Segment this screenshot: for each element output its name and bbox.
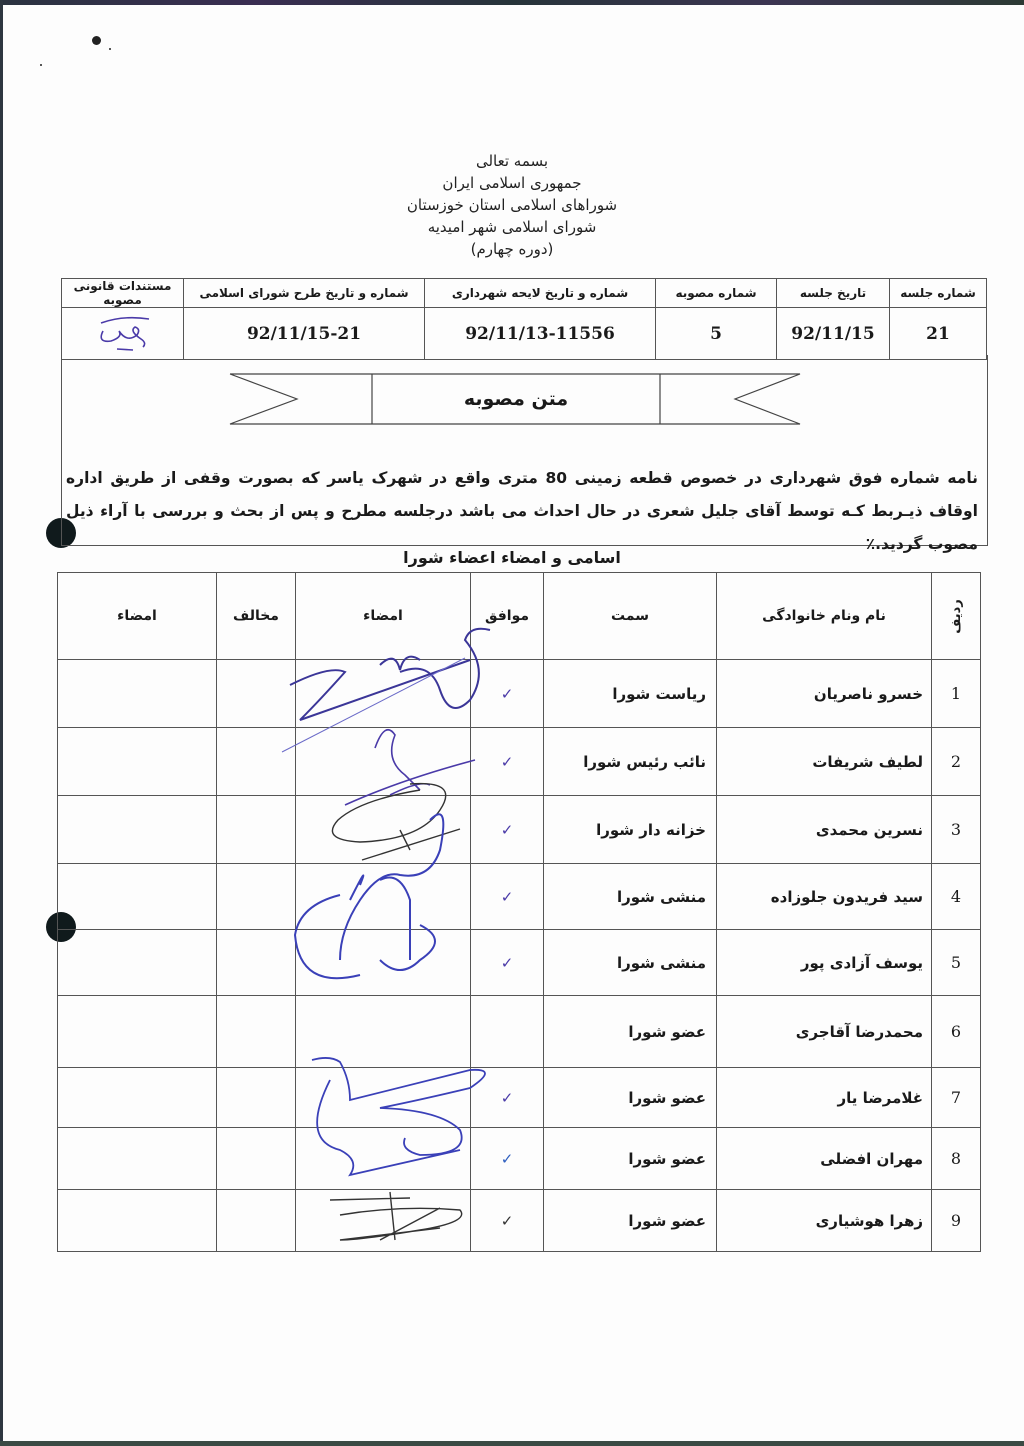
- scan-speck: [92, 36, 101, 45]
- header-line: شوراهای اسلامی استان خوزستان: [0, 194, 1024, 216]
- member-name: غلامرضا یار: [717, 1068, 932, 1128]
- agree-check-icon: ✓: [471, 1190, 544, 1252]
- signature-icon: [83, 309, 163, 353]
- scan-edge-bottom: [0, 1441, 1024, 1446]
- header-resolution-number: شماره مصوبه: [656, 279, 777, 308]
- header-signature-oppose: امضاء: [58, 573, 217, 660]
- signature-cell: [296, 1190, 471, 1252]
- agree-check-icon: ✓: [471, 1068, 544, 1128]
- member-role: ریاست شورا: [544, 660, 717, 728]
- session-date: 92/11/15: [777, 308, 890, 360]
- header-line: (دوره چهارم): [0, 238, 1024, 260]
- member-role: عضو شورا: [544, 1128, 717, 1190]
- members-title: اسامی و امضاء اعضاء شورا: [0, 548, 1024, 567]
- signature-cell: [296, 1128, 471, 1190]
- session-number: 21: [890, 308, 987, 360]
- member-role: عضو شورا: [544, 996, 717, 1068]
- member-name: خسرو ناصریان: [717, 660, 932, 728]
- header-full-name: نام ونام خانوادگی: [717, 573, 932, 660]
- member-name: محمدرضا آقاجری: [717, 996, 932, 1068]
- agree-check-icon: ✓: [471, 1128, 544, 1190]
- resolution-number: 5: [656, 308, 777, 360]
- document-header: بسمه تعالی جمهوری اسلامی ایران شوراهای ا…: [0, 150, 1024, 260]
- header-signature-agree: امضاء: [296, 573, 471, 660]
- table-row: 6 محمدرضا آقاجری عضو شورا: [58, 996, 981, 1068]
- header-oppose: مخالف: [217, 573, 296, 660]
- table-row: 7 غلامرضا یار عضو شورا ✓: [58, 1068, 981, 1128]
- agree-check-icon: [471, 996, 544, 1068]
- resolution-title: متن مصوبه: [372, 376, 660, 422]
- header-council-plan: شماره و تاریخ طرح شورای اسلامی: [184, 279, 425, 308]
- table-row: 4 سید فریدون جلوزاده منشی شورا ✓: [58, 864, 981, 930]
- signature-cell: [296, 864, 471, 930]
- table-row: 8 مهران افضلی عضو شورا ✓: [58, 1128, 981, 1190]
- agree-check-icon: ✓: [471, 930, 544, 996]
- signature-cell: [296, 796, 471, 864]
- header-agree: موافق: [471, 573, 544, 660]
- scan-speck: [109, 48, 111, 50]
- member-name: یوسف آزادی پور: [717, 930, 932, 996]
- agree-check-icon: ✓: [471, 728, 544, 796]
- member-role: منشی شورا: [544, 864, 717, 930]
- signature-cell: [296, 930, 471, 996]
- header-row-number: ردیف: [932, 573, 981, 660]
- header-line: بسمه تعالی: [0, 150, 1024, 172]
- signature-cell: [296, 728, 471, 796]
- member-name: زهرا هوشیاری: [717, 1190, 932, 1252]
- agree-check-icon: ✓: [471, 660, 544, 728]
- header-role: سمت: [544, 573, 717, 660]
- member-name: لطیف شریفات: [717, 728, 932, 796]
- signature-cell: [296, 996, 471, 1068]
- header-municipality-bill: شماره و تاریخ لایحه شهرداری: [425, 279, 656, 308]
- member-role: عضو شورا: [544, 1068, 717, 1128]
- header-line: شورای اسلامی شهر امیدیه: [0, 216, 1024, 238]
- header-session-number: شماره جلسه: [890, 279, 987, 308]
- resolution-text: نامه شماره فوق شهرداری در خصوص قطعه زمین…: [66, 462, 978, 561]
- member-name: سید فریدون جلوزاده: [717, 864, 932, 930]
- council-plan: 92/11/15-21: [184, 308, 425, 360]
- member-name: نسرین محمدی: [717, 796, 932, 864]
- member-role: خزانه دار شورا: [544, 796, 717, 864]
- legal-documents-signature: [62, 308, 184, 360]
- member-role: منشی شورا: [544, 930, 717, 996]
- table-row: 9 زهرا هوشیاری عضو شورا ✓: [58, 1190, 981, 1252]
- table-row: 2 لطیف شریفات نائب رئیس شورا ✓: [58, 728, 981, 796]
- scan-speck: [40, 64, 42, 66]
- members-table: ردیف نام ونام خانوادگی سمت موافق امضاء م…: [57, 572, 981, 1252]
- member-name: مهران افضلی: [717, 1128, 932, 1190]
- session-info-table: شماره جلسه تاریخ جلسه شماره مصوبه شماره …: [61, 278, 987, 360]
- signature-cell: [296, 1068, 471, 1128]
- scan-edge-top: [0, 0, 1024, 5]
- member-role: عضو شورا: [544, 1190, 717, 1252]
- header-line: جمهوری اسلامی ایران: [0, 172, 1024, 194]
- table-row: 1 خسرو ناصریان ریاست شورا ✓: [58, 660, 981, 728]
- municipality-bill: 92/11/13-11556: [425, 308, 656, 360]
- member-role: نائب رئیس شورا: [544, 728, 717, 796]
- agree-check-icon: ✓: [471, 864, 544, 930]
- table-row: 3 نسرین محمدی خزانه دار شورا ✓: [58, 796, 981, 864]
- header-legal-documents: مستندات قانونی مصوبه: [62, 279, 184, 308]
- table-row: 5 یوسف آزادی پور منشی شورا ✓: [58, 930, 981, 996]
- agree-check-icon: ✓: [471, 796, 544, 864]
- header-session-date: تاریخ جلسه: [777, 279, 890, 308]
- signature-cell: [296, 660, 471, 728]
